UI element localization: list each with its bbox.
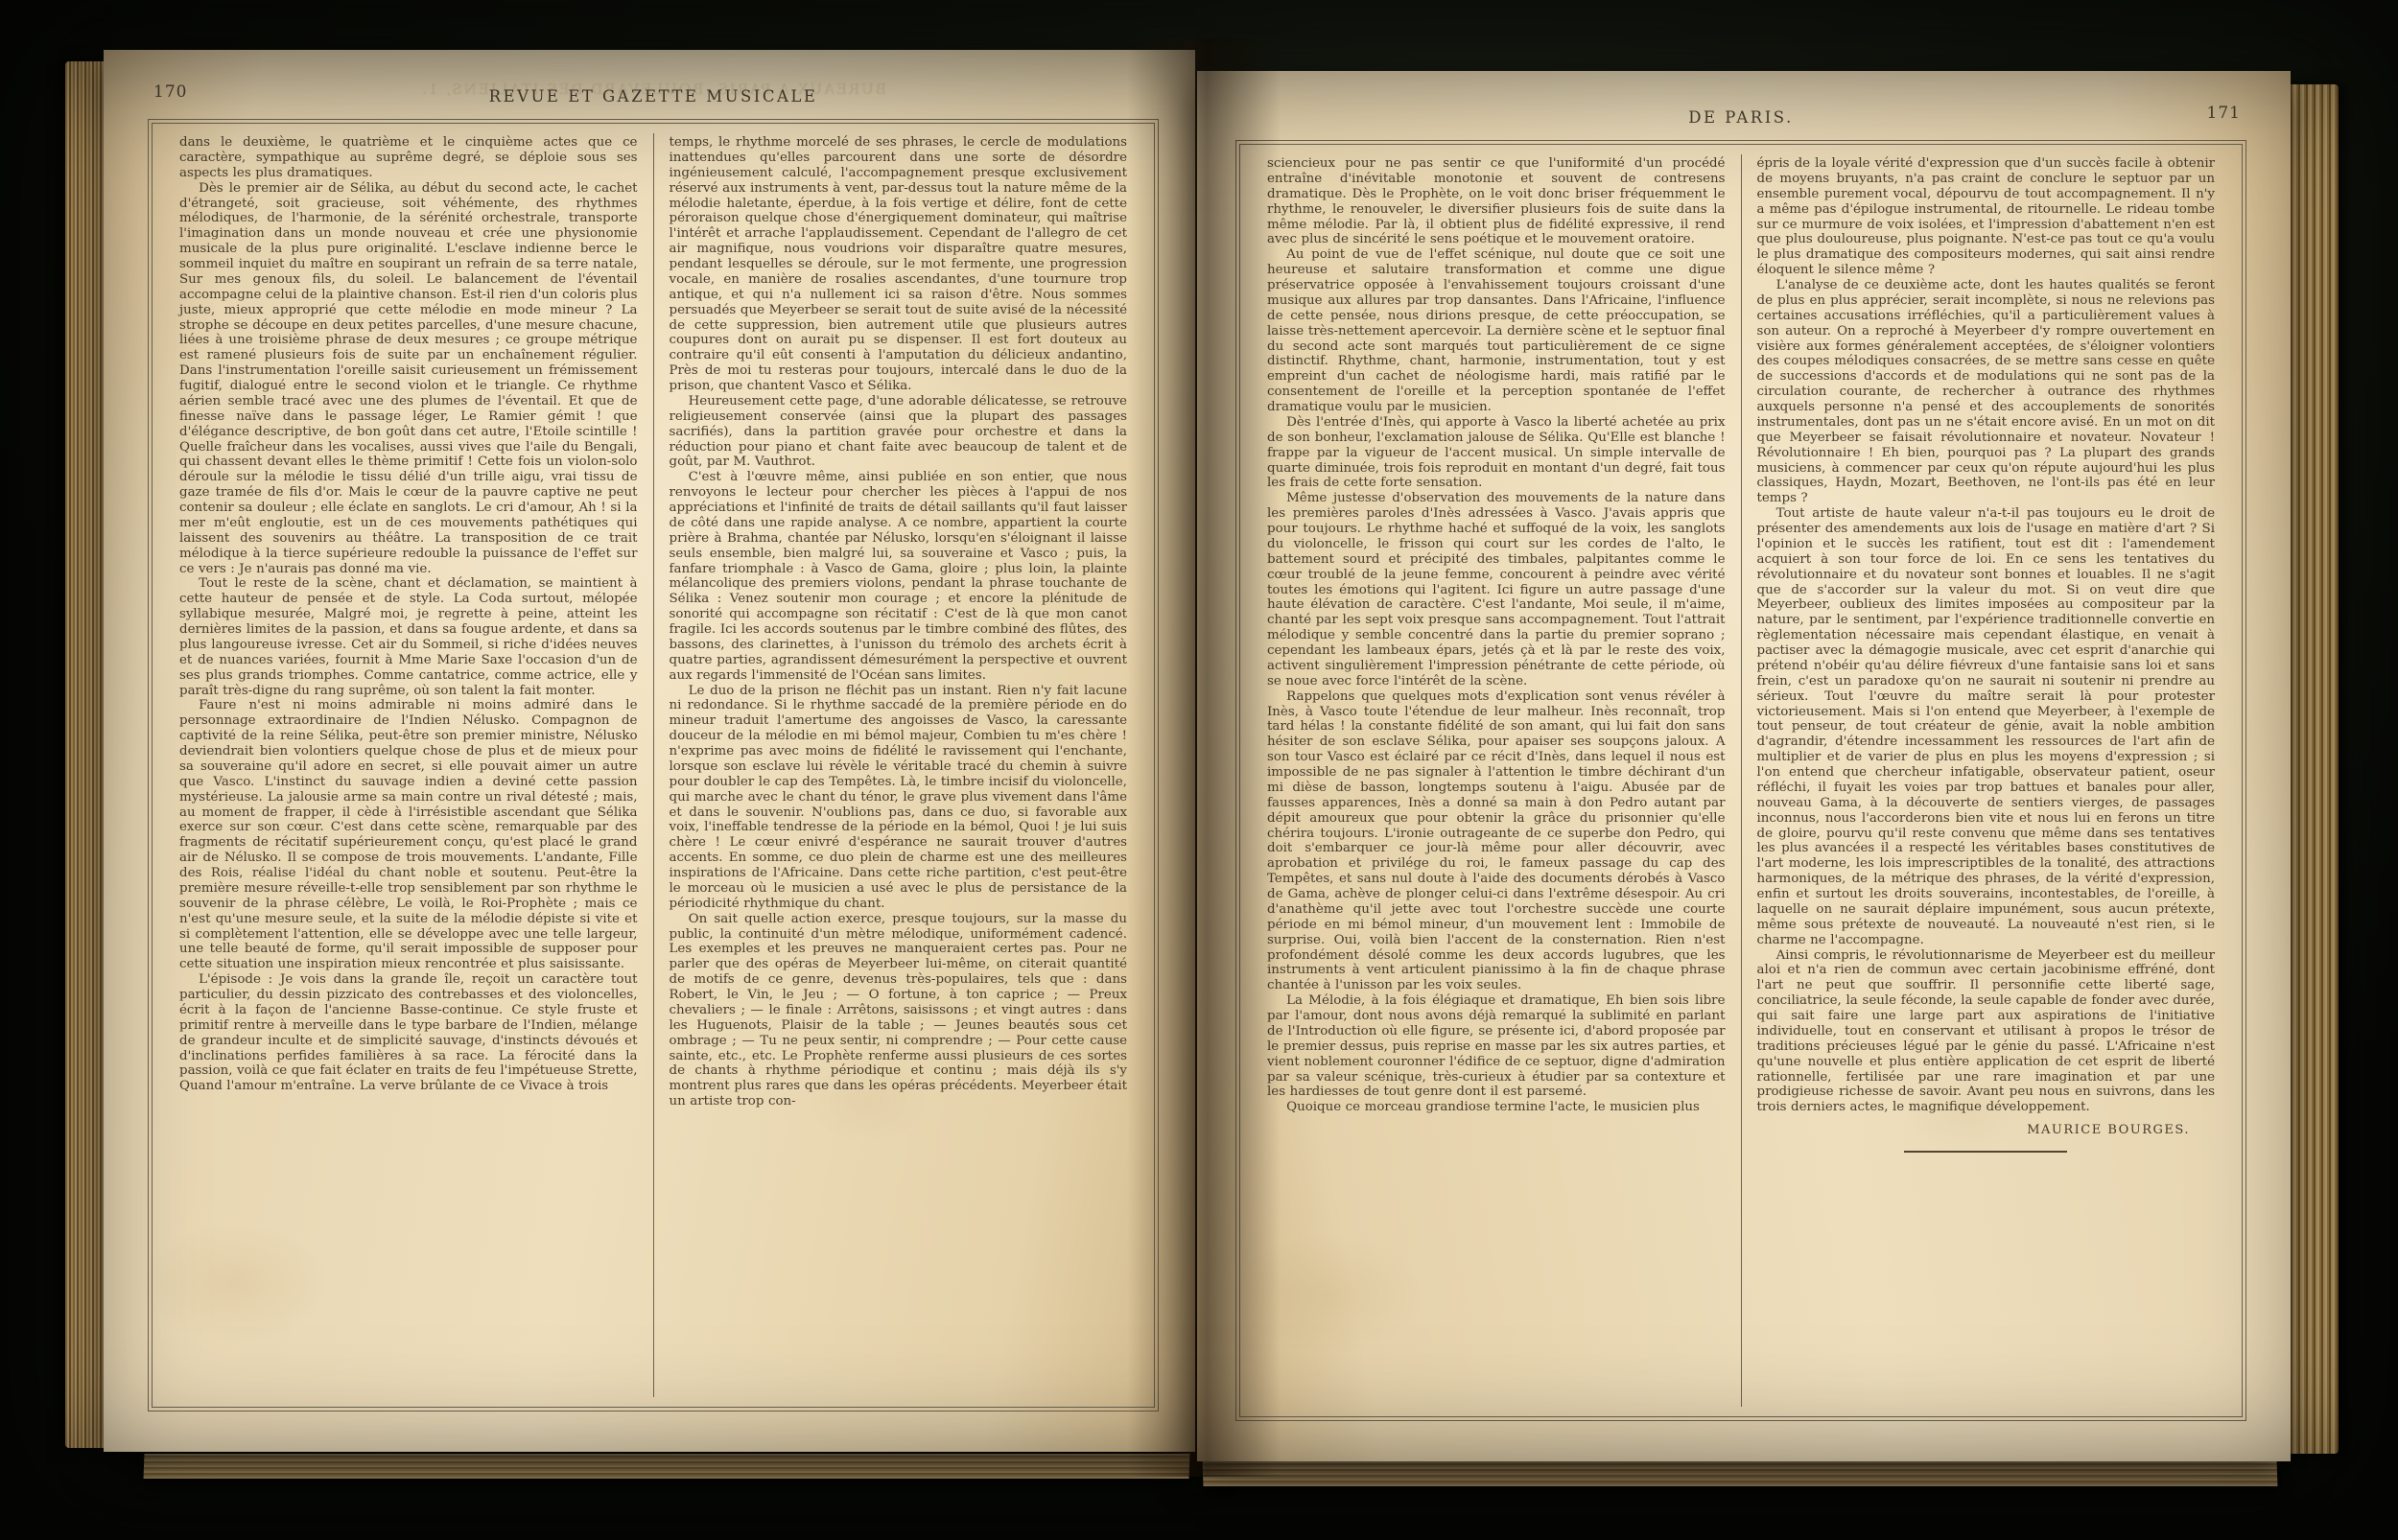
paragraph: La Mélodie, à la fois élégiaque et drama… <box>1267 993 1726 1100</box>
paragraph: Ainsi compris, le révolutionnarisme de M… <box>1757 948 2216 1116</box>
text-frame-left: dans le deuxième, le quatrième et le cin… <box>152 123 1155 1408</box>
paragraph: Tout le reste de la scène, chant et décl… <box>179 576 638 698</box>
paragraph: Le duo de la prison ne fléchit pas un in… <box>670 684 1128 912</box>
paragraph: Dès l'entrée d'Inès, qui apporte à Vasco… <box>1267 415 1726 491</box>
paragraph: Tout artiste de haute valeur n'a-t-il pa… <box>1757 506 2216 947</box>
paragraph: L'épisode : Je vois dans la grande île, … <box>179 972 638 1094</box>
paragraph: épris de la loyale vérité d'expression q… <box>1757 156 2216 278</box>
page-edges-bottom-right <box>1203 1461 2278 1486</box>
running-title-right: DE PARIS. <box>1239 98 2243 127</box>
paragraph: sciencieux pour ne pas sentir ce que l'u… <box>1267 156 1726 247</box>
author-signature: MAURICE BOURGES. <box>1757 1115 2216 1137</box>
book-scan: 170 BUREAUX A PARIS, BOULEVARD DES ITALI… <box>0 0 2398 1540</box>
paragraph: Même justesse d'observation des mouvemen… <box>1267 491 1726 688</box>
left-page-header: 170 BUREAUX A PARIS, BOULEVARD DES ITALI… <box>152 77 1155 119</box>
right-page: DE PARIS. 171 sciencieux pour ne pas sen… <box>1197 71 2291 1461</box>
paragraph: dans le deuxième, le quatrième et le cin… <box>179 135 638 181</box>
page-edges-bottom-left <box>144 1454 1190 1479</box>
paragraph: C'est à l'œuvre même, ainsi publiée en s… <box>670 470 1128 683</box>
right-page-column-2: épris de la loyale vérité d'expression q… <box>1741 154 2231 1407</box>
paragraph: Rappelons que quelques mots d'explicatio… <box>1267 689 1726 994</box>
right-page-column-1: sciencieux pour ne pas sentir ce que l'u… <box>1252 154 1741 1407</box>
paragraph: Dès le premier air de Sélika, au début d… <box>179 181 638 577</box>
text-frame-right: sciencieux pour ne pas sentir ce que l'u… <box>1239 144 2243 1417</box>
paragraph: temps, le rhythme morcelé de ses phrases… <box>670 135 1128 394</box>
paragraph: L'analyse de ce deuxième acte, dont les … <box>1757 278 2216 506</box>
page-number-left: 170 <box>153 82 187 102</box>
right-page-header: DE PARIS. 171 <box>1239 98 2243 140</box>
paragraph: On sait quelle action exerce, presque to… <box>670 912 1128 1109</box>
paragraph: Quoique ce morceau grandiose termine l'a… <box>1267 1100 1726 1115</box>
left-page-column-2: temps, le rhythme morcelé de ses phrases… <box>653 133 1143 1397</box>
left-page-column-1: dans le deuxième, le quatrième et le cin… <box>164 133 653 1397</box>
ink-showthrough-text: BUREAUX A PARIS, BOULEVARD DES ITALIENS,… <box>420 81 886 98</box>
paragraph: Au point de vue de l'effet scénique, nul… <box>1267 247 1726 415</box>
page-number-right: 171 <box>2207 104 2241 123</box>
paragraph: Faure n'est ni moins admirable ni moins … <box>179 698 638 972</box>
page-edges-right <box>2287 84 2339 1454</box>
article-end-rule <box>1904 1151 2067 1153</box>
left-page: 170 BUREAUX A PARIS, BOULEVARD DES ITALI… <box>104 50 1195 1452</box>
paragraph: Heureusement cette page, d'une adorable … <box>670 394 1128 470</box>
